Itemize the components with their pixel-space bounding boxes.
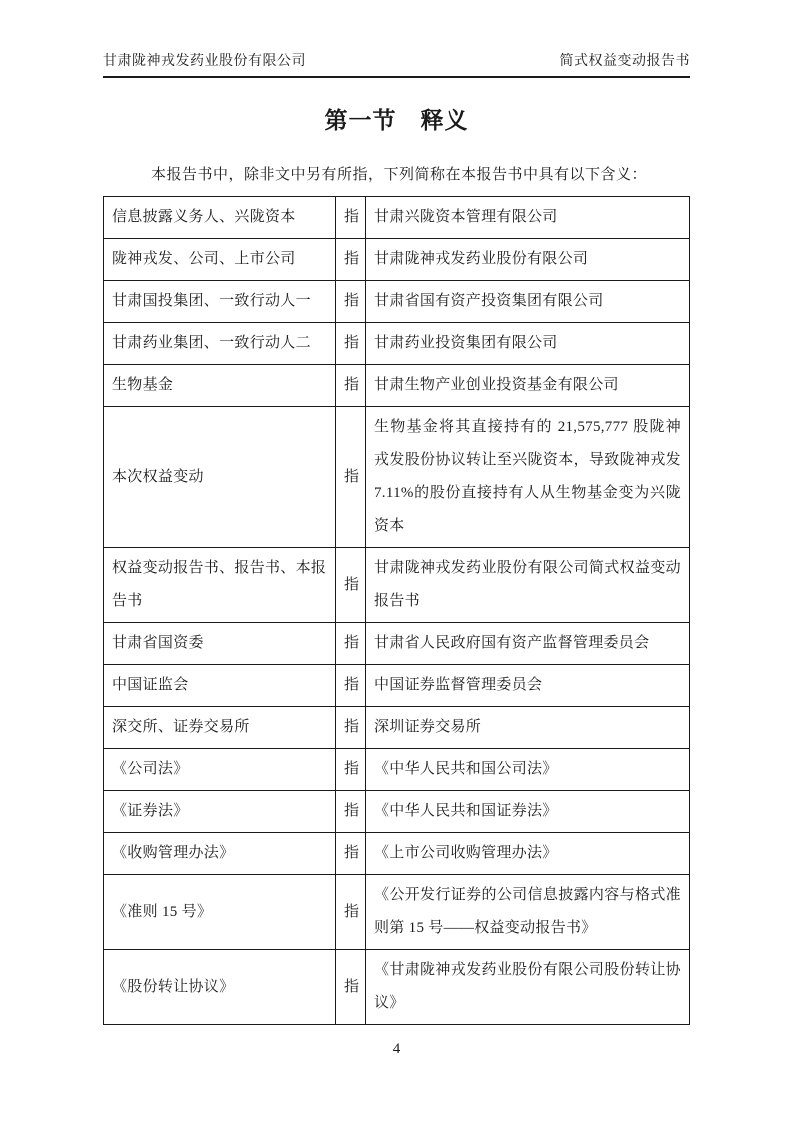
ref-cell: 指 [336,950,366,1025]
table-row: 本次权益变动 指 生物基金将其直接持有的 21,575,777 股陇神戎发股份协… [104,407,690,548]
document-page: 甘肃陇神戎发药业股份有限公司 简式权益变动报告书 第一节 释义 本报告书中，除非… [0,0,793,1122]
ref-cell: 指 [336,365,366,407]
definition-cell: 《公开发行证券的公司信息披露内容与格式准则第 15 号——权益变动报告书》 [366,875,690,950]
table-row: 信息披露义务人、兴陇资本 指 甘肃兴陇资本管理有限公司 [104,197,690,239]
definition-cell: 《中华人民共和国公司法》 [366,749,690,791]
table-row: 权益变动报告书、报告书、本报告书 指 甘肃陇神戎发药业股份有限公司简式权益变动报… [104,548,690,623]
intro-paragraph: 本报告书中，除非文中另有所指，下列简称在本报告书中具有以下含义： [103,163,690,184]
definition-cell: 甘肃陇神戎发药业股份有限公司 [366,239,690,281]
document-header: 甘肃陇神戎发药业股份有限公司 简式权益变动报告书 [103,50,690,78]
definition-cell: 甘肃生物产业创业投资基金有限公司 [366,365,690,407]
ref-cell: 指 [336,707,366,749]
definition-cell: 《上市公司收购管理办法》 [366,833,690,875]
header-report-type: 简式权益变动报告书 [560,50,691,70]
ref-cell: 指 [336,833,366,875]
term-cell: 《证券法》 [104,791,336,833]
term-cell: 中国证监会 [104,665,336,707]
ref-cell: 指 [336,749,366,791]
table-row: 中国证监会 指 中国证券监督管理委员会 [104,665,690,707]
table-row: 陇神戎发、公司、上市公司 指 甘肃陇神戎发药业股份有限公司 [104,239,690,281]
ref-cell: 指 [336,407,366,548]
ref-cell: 指 [336,665,366,707]
definition-cell: 《甘肃陇神戎发药业股份有限公司股份转让协议》 [366,950,690,1025]
definition-cell: 甘肃省人民政府国有资产监督管理委员会 [366,623,690,665]
table-row: 甘肃省国资委 指 甘肃省人民政府国有资产监督管理委员会 [104,623,690,665]
section-title: 第一节 释义 [103,102,690,135]
header-company-name: 甘肃陇神戎发药业股份有限公司 [103,50,306,70]
definition-cell: 甘肃兴陇资本管理有限公司 [366,197,690,239]
table-row: 甘肃国投集团、一致行动人一 指 甘肃省国有资产投资集团有限公司 [104,281,690,323]
definition-cell: 甘肃药业投资集团有限公司 [366,323,690,365]
table-row: 《收购管理办法》 指 《上市公司收购管理办法》 [104,833,690,875]
ref-cell: 指 [336,281,366,323]
definitions-table: 信息披露义务人、兴陇资本 指 甘肃兴陇资本管理有限公司 陇神戎发、公司、上市公司… [103,196,690,1025]
ref-cell: 指 [336,791,366,833]
term-cell: 《收购管理办法》 [104,833,336,875]
term-cell: 甘肃药业集团、一致行动人二 [104,323,336,365]
term-cell: 权益变动报告书、报告书、本报告书 [104,548,336,623]
table-row: 深交所、证券交易所 指 深圳证券交易所 [104,707,690,749]
definition-cell: 《中华人民共和国证券法》 [366,791,690,833]
term-cell: 本次权益变动 [104,407,336,548]
table-row: 《准则 15 号》 指 《公开发行证券的公司信息披露内容与格式准则第 15 号—… [104,875,690,950]
term-cell: 深交所、证券交易所 [104,707,336,749]
definition-cell: 甘肃陇神戎发药业股份有限公司简式权益变动报告书 [366,548,690,623]
definition-cell: 生物基金将其直接持有的 21,575,777 股陇神戎发股份协议转让至兴陇资本，… [366,407,690,548]
term-cell: 信息披露义务人、兴陇资本 [104,197,336,239]
ref-cell: 指 [336,197,366,239]
ref-cell: 指 [336,323,366,365]
ref-cell: 指 [336,548,366,623]
table-row: 《证券法》 指 《中华人民共和国证券法》 [104,791,690,833]
table-row: 生物基金 指 甘肃生物产业创业投资基金有限公司 [104,365,690,407]
table-row: 《股份转让协议》 指 《甘肃陇神戎发药业股份有限公司股份转让协议》 [104,950,690,1025]
term-cell: 《准则 15 号》 [104,875,336,950]
table-row: 《公司法》 指 《中华人民共和国公司法》 [104,749,690,791]
term-cell: 《公司法》 [104,749,336,791]
ref-cell: 指 [336,875,366,950]
page-number: 4 [103,1041,690,1058]
definition-cell: 中国证券监督管理委员会 [366,665,690,707]
ref-cell: 指 [336,239,366,281]
definition-cell: 深圳证券交易所 [366,707,690,749]
term-cell: 甘肃省国资委 [104,623,336,665]
ref-cell: 指 [336,623,366,665]
table-row: 甘肃药业集团、一致行动人二 指 甘肃药业投资集团有限公司 [104,323,690,365]
term-cell: 陇神戎发、公司、上市公司 [104,239,336,281]
term-cell: 甘肃国投集团、一致行动人一 [104,281,336,323]
definition-cell: 甘肃省国有资产投资集团有限公司 [366,281,690,323]
term-cell: 生物基金 [104,365,336,407]
term-cell: 《股份转让协议》 [104,950,336,1025]
